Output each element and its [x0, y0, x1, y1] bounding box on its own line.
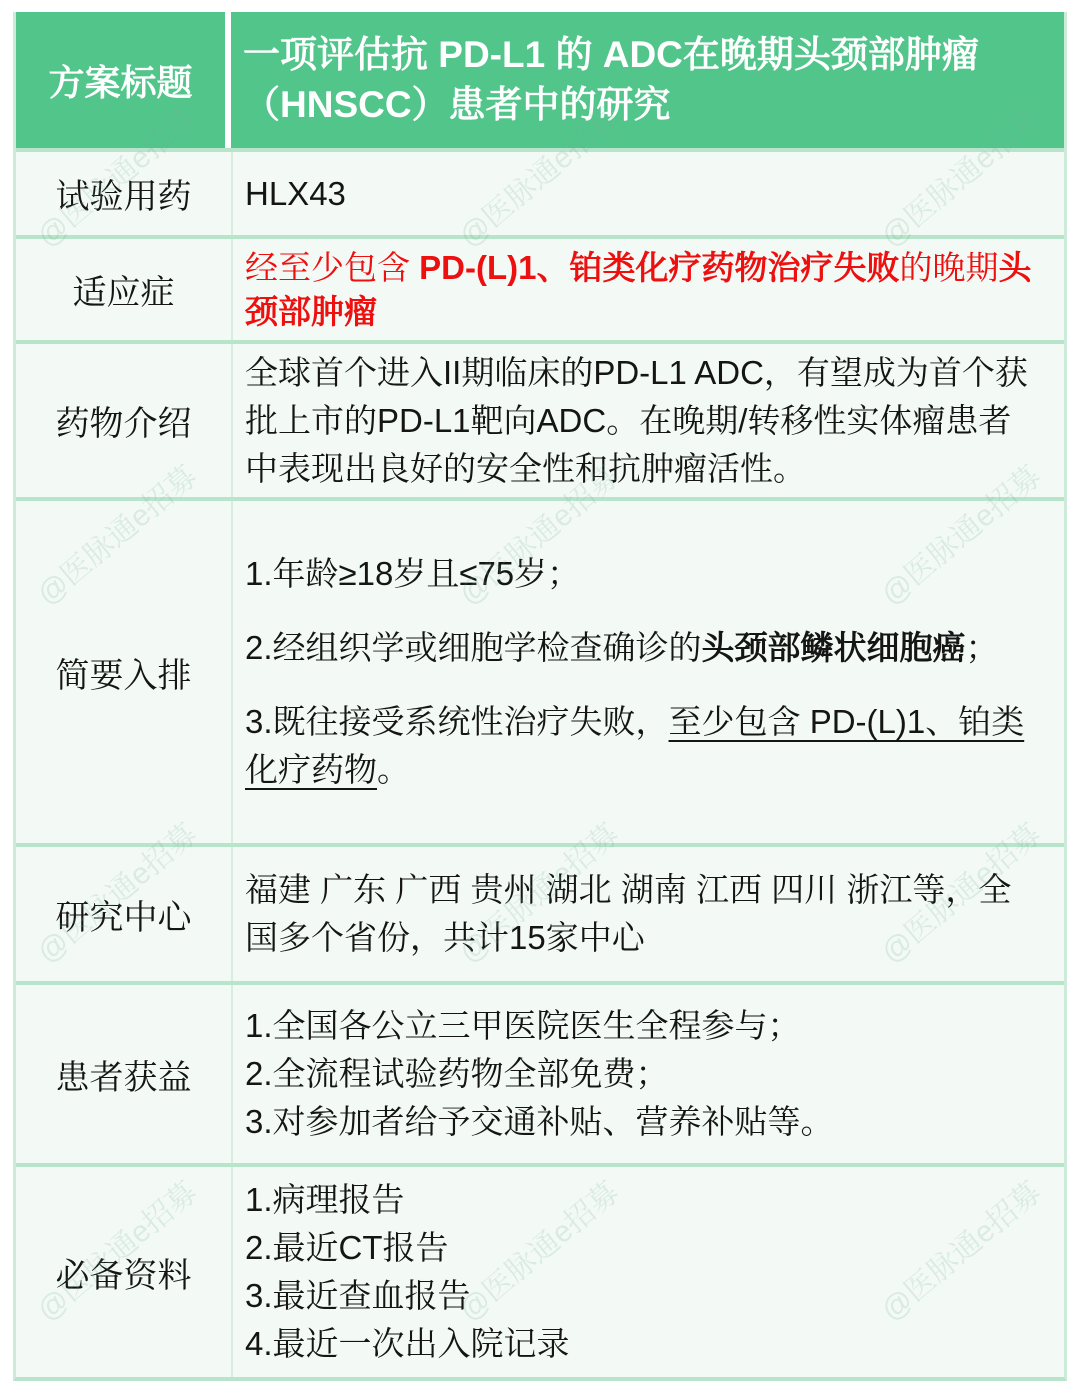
- criteria-item-2: 2.经组织学或细胞学检查确诊的头颈部鳞状细胞癌；: [245, 624, 1042, 672]
- patient-benefits-label: 患者获益: [16, 985, 231, 1163]
- protocol-title-line2: （HNSCC）患者中的研究: [243, 80, 1042, 130]
- drug-intro-text: 全球首个进入II期临床的PD-L1 ADC，有望成为首个获批上市的PD-L1靶向…: [245, 349, 1042, 493]
- drug-intro-label: 药物介绍: [16, 344, 231, 497]
- benefit-item-1: 1.全国各公立三甲医院医生全程参与；: [245, 1002, 1042, 1050]
- trial-drug-value: HLX43: [245, 170, 1042, 218]
- trial-drug-label: 试验用药: [16, 152, 231, 235]
- criteria-item2-suffix: ；: [966, 629, 999, 666]
- study-centers-text: 福建 广东 广西 贵州 湖北 湖南 江西 四川 浙江等，全国多个省份，共计15家…: [245, 866, 1042, 962]
- document-item-2: 2.最近CT报告: [245, 1224, 1042, 1272]
- row-trial-drug: 试验用药 HLX43: [16, 148, 1064, 235]
- criteria-item2-prefix: 2.经组织学或细胞学检查确诊的: [245, 629, 702, 666]
- patient-benefits-value-cell: 1.全国各公立三甲医院医生全程参与； 2.全流程试验药物全部免费； 3.对参加者…: [231, 985, 1064, 1163]
- protocol-title-line1: 一项评估抗 PD-L1 的 ADC在晚期头颈部肿瘤: [243, 30, 1042, 80]
- header-row: 方案标题 一项评估抗 PD-L1 的 ADC在晚期头颈部肿瘤 （HNSCC）患者…: [16, 12, 1064, 148]
- trial-info-table: 方案标题 一项评估抗 PD-L1 的 ADC在晚期头颈部肿瘤 （HNSCC）患者…: [13, 12, 1067, 1381]
- criteria-item2-bold: 头颈部鳞状细胞癌: [702, 629, 966, 666]
- row-indication: 适应症 经至少包含 PD-(L)1、铂类化疗药物治疗失败的晚期头颈部肿瘤: [16, 235, 1064, 340]
- indication-text: 经至少包含 PD-(L)1、铂类化疗药物治疗失败的晚期头颈部肿瘤: [245, 246, 1042, 334]
- criteria-item-1: 1.年龄≥18岁且≤75岁；: [245, 550, 1042, 598]
- row-required-documents: 必备资料 1.病理报告 2.最近CT报告 3.最近查血报告 4.最近一次出入院记…: [16, 1163, 1064, 1377]
- indication-seg-mid: 的晚期: [900, 249, 999, 286]
- criteria-item3-suffix: 。: [377, 751, 410, 788]
- document-item-3: 3.最近查血报告: [245, 1272, 1042, 1320]
- benefit-item-3: 3.对参加者给予交通补贴、营养补贴等。: [245, 1098, 1042, 1146]
- row-criteria: 简要入排 1.年龄≥18岁且≤75岁； 2.经组织学或细胞学检查确诊的头颈部鳞状…: [16, 497, 1064, 843]
- required-documents-value-cell: 1.病理报告 2.最近CT报告 3.最近查血报告 4.最近一次出入院记录: [231, 1167, 1064, 1377]
- trial-drug-value-cell: HLX43: [231, 152, 1064, 235]
- criteria-item3-prefix: 3.既往接受系统性治疗失败，: [245, 703, 669, 740]
- row-drug-intro: 药物介绍 全球首个进入II期临床的PD-L1 ADC，有望成为首个获批上市的PD…: [16, 340, 1064, 497]
- row-patient-benefits: 患者获益 1.全国各公立三甲医院医生全程参与； 2.全流程试验药物全部免费； 3…: [16, 981, 1064, 1163]
- criteria-label: 简要入排: [16, 501, 231, 843]
- row-study-centers: 研究中心 福建 广东 广西 贵州 湖北 湖南 江西 四川 浙江等，全国多个省份，…: [16, 843, 1064, 981]
- protocol-title: 一项评估抗 PD-L1 的 ADC在晚期头颈部肿瘤 （HNSCC）患者中的研究: [231, 12, 1064, 148]
- criteria-value-cell: 1.年龄≥18岁且≤75岁； 2.经组织学或细胞学检查确诊的头颈部鳞状细胞癌； …: [231, 501, 1064, 843]
- criteria-item-3: 3.既往接受系统性治疗失败，至少包含 PD-(L)1、铂类化疗药物。: [245, 698, 1042, 794]
- indication-seg-prefix: 经至少包含: [245, 249, 419, 286]
- required-documents-label: 必备资料: [16, 1167, 231, 1377]
- document-item-1: 1.病理报告: [245, 1176, 1042, 1224]
- document-item-4: 4.最近一次出入院记录: [245, 1320, 1042, 1368]
- indication-seg-bold1: PD-(L)1、铂类化疗药物治疗失败: [419, 249, 899, 286]
- indication-value-cell: 经至少包含 PD-(L)1、铂类化疗药物治疗失败的晚期头颈部肿瘤: [231, 239, 1064, 340]
- study-centers-label: 研究中心: [16, 847, 231, 981]
- indication-label: 适应症: [16, 239, 231, 340]
- header-label: 方案标题: [16, 12, 231, 148]
- benefit-item-2: 2.全流程试验药物全部免费；: [245, 1050, 1042, 1098]
- drug-intro-value-cell: 全球首个进入II期临床的PD-L1 ADC，有望成为首个获批上市的PD-L1靶向…: [231, 344, 1064, 497]
- study-centers-value-cell: 福建 广东 广西 贵州 湖北 湖南 江西 四川 浙江等，全国多个省份，共计15家…: [231, 847, 1064, 981]
